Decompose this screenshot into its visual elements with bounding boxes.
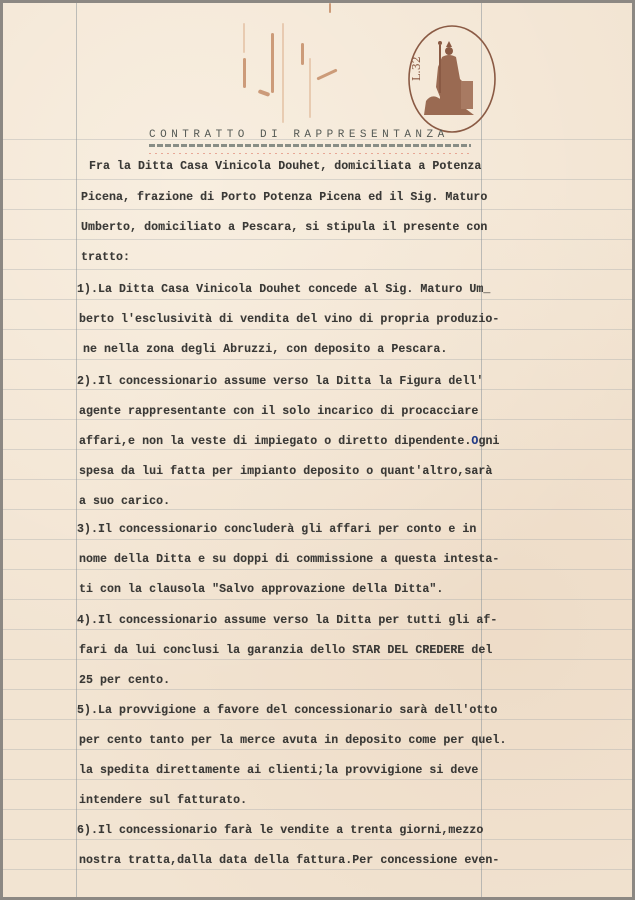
ruled-line bbox=[3, 749, 632, 750]
ruled-line bbox=[3, 209, 632, 210]
ruled-line bbox=[3, 599, 632, 600]
document-page: L.32 CONTRATTO DI RAPPRESENTANZA Fra la … bbox=[3, 3, 632, 897]
clause-4-line: 4).Il concessionario assume verso la Dit… bbox=[77, 614, 497, 627]
text-line: a suo carico. bbox=[79, 495, 170, 508]
ruled-line bbox=[3, 659, 632, 660]
rust-stain bbox=[329, 3, 331, 13]
ruled-line bbox=[3, 719, 632, 720]
rust-stain bbox=[309, 58, 311, 118]
text-line: Fra la Ditta Casa Vinicola Douhet, domic… bbox=[89, 160, 481, 173]
text-line: ne nella zona degli Abruzzi, con deposit… bbox=[83, 343, 447, 356]
ruled-line bbox=[3, 479, 632, 480]
ruled-line bbox=[3, 299, 632, 300]
left-margin-rule bbox=[76, 3, 77, 897]
text-line-content: affari,e non la veste di impiegato o dir… bbox=[79, 435, 471, 448]
clause-6-line: 6).Il concessionario farà le vendite a t… bbox=[77, 824, 483, 837]
revenue-stamp-seal: L.32 bbox=[406, 23, 498, 135]
clause-5-line: 5).La provvigione a favore del concessio… bbox=[77, 704, 497, 717]
text-line: Umberto, domiciliato a Pescara, si stipu… bbox=[81, 221, 487, 234]
text-line: spesa da lui fatta per impianto deposito… bbox=[79, 465, 492, 478]
rust-stain bbox=[282, 23, 284, 123]
ruled-line bbox=[3, 839, 632, 840]
clause-1-line: 1).La Ditta Casa Vinicola Douhet concede… bbox=[77, 283, 490, 296]
ruled-line bbox=[3, 869, 632, 870]
rust-stain bbox=[243, 23, 245, 53]
ruled-line bbox=[3, 629, 632, 630]
text-line: ti con la clausola "Salvo approvazione d… bbox=[79, 583, 443, 596]
text-line: berto l'esclusività di vendita del vino … bbox=[79, 313, 499, 326]
text-line: per cento tanto per la merce avuta in de… bbox=[79, 734, 506, 747]
rust-stain bbox=[301, 43, 304, 65]
ruled-line bbox=[3, 179, 632, 180]
text-line: affari,e non la veste di impiegato o dir… bbox=[79, 435, 499, 448]
text-line: Picena, frazione di Porto Potenza Picena… bbox=[81, 191, 487, 204]
rust-stain bbox=[258, 89, 271, 97]
text-line: tratto: bbox=[81, 251, 130, 264]
title-red-dotted-line bbox=[149, 153, 471, 154]
text-line: 25 per cento. bbox=[79, 674, 170, 687]
clause-3-line: 3).Il concessionario concluderà gli affa… bbox=[77, 523, 476, 536]
text-line: nostra tratta,dalla data della fattura.P… bbox=[79, 854, 499, 867]
ruled-line bbox=[3, 569, 632, 570]
text-line: fari da lui conclusi la garanzia dello S… bbox=[79, 644, 492, 657]
ruled-line bbox=[3, 389, 632, 390]
text-line: nome della Ditta e su doppi di commissio… bbox=[79, 553, 499, 566]
ruled-line bbox=[3, 509, 632, 510]
right-margin-rule bbox=[481, 3, 482, 897]
rust-stain bbox=[271, 33, 274, 93]
clause-2-line: 2).Il concessionario assume verso la Dit… bbox=[77, 375, 483, 388]
ruled-line bbox=[3, 449, 632, 450]
ruled-line bbox=[3, 539, 632, 540]
ruled-line bbox=[3, 689, 632, 690]
text-line-suffix: gni bbox=[478, 435, 499, 448]
ruled-line bbox=[3, 779, 632, 780]
rust-stain bbox=[243, 58, 246, 88]
document-title: CONTRATTO DI RAPPRESENTANZA bbox=[149, 129, 449, 141]
ruled-line bbox=[3, 359, 632, 360]
ruled-line bbox=[3, 329, 632, 330]
ruled-line bbox=[3, 239, 632, 240]
text-line: la spedita direttamente ai clienti;la pr… bbox=[79, 764, 478, 777]
text-line: intendere sul fatturato. bbox=[79, 794, 247, 807]
title-underline bbox=[149, 144, 471, 147]
ruled-line bbox=[3, 269, 632, 270]
ruled-line bbox=[3, 419, 632, 420]
text-line: agente rappresentante con il solo incari… bbox=[79, 405, 478, 418]
rust-stain bbox=[316, 68, 337, 80]
stamp-value: L.32 bbox=[410, 56, 423, 81]
ruled-line bbox=[3, 809, 632, 810]
